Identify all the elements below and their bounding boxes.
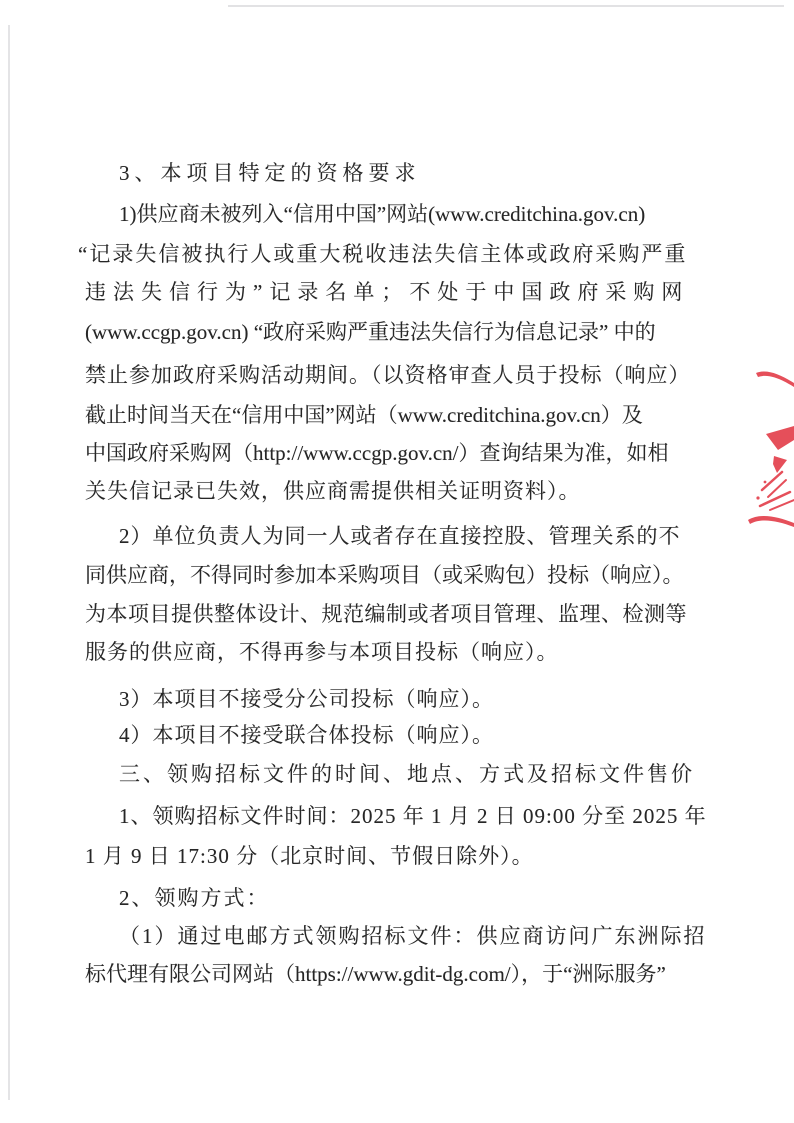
text-line: 禁止参加政府采购活动期间。（以资格审查人员于投标（响应） — [85, 362, 691, 388]
text-line: 3、本项目特定的资格要求 — [119, 160, 421, 186]
red-stamp-fragment-icon — [740, 360, 794, 530]
text-line: 中国政府采购网（http://www.ccgp.gov.cn/）查询结果为准，如… — [85, 440, 669, 466]
document-page: 3、本项目特定的资格要求1)供应商未被列入“信用中国”网站(www.credit… — [0, 0, 794, 1123]
text-line: 1)供应商未被列入“信用中国”网站(www.creditchina.gov.cn… — [119, 201, 645, 227]
text-line: (www.ccgp.gov.cn) “政府采购严重违法失信行为信息记录” 中的 — [85, 319, 656, 345]
text-line: 1 月 9 日 17:30 分（北京时间、节假日除外）。 — [85, 843, 534, 869]
text-layer: 3、本项目特定的资格要求1)供应商未被列入“信用中国”网站(www.credit… — [0, 0, 794, 1123]
text-line: 违法失信行为”记录名单；不处于中国政府采购网 — [85, 279, 689, 305]
text-line: 2、领购方式： — [119, 885, 270, 911]
text-line: 标代理有限公司网站（https://www.gdit-dg.com/），于“洲际… — [85, 961, 666, 987]
text-line: 同供应商，不得同时参加本采购项目（或采购包）投标（响应）。 — [85, 562, 684, 588]
text-line: 截止时间当天在“信用中国”网站（www.creditchina.gov.cn）及 — [85, 402, 643, 428]
text-line: 2）单位负责人为同一人或者存在直接控股、管理关系的不 — [119, 523, 681, 549]
text-line: 三、领购招标文件的时间、地点、方式及招标文件售价 — [119, 761, 695, 787]
text-line: 关失信记录已失效，供应商需提供相关证明资料）。 — [85, 478, 581, 504]
text-line: 服务的供应商，不得再参与本项目投标（响应）。 — [85, 639, 559, 665]
text-line: 3）本项目不接受分公司投标（响应）。 — [119, 686, 494, 712]
text-line: 1、领购招标文件时间：2025 年 1 月 2 日 09:00 分至 2025 … — [119, 803, 707, 829]
text-line: （1）通过电邮方式领购招标文件：供应商访问广东洲际招 — [119, 923, 707, 949]
text-line: 4）本项目不接受联合体投标（响应）。 — [119, 722, 494, 748]
text-line: 为本项目提供整体设计、规范编制或者项目管理、监理、检测等 — [85, 601, 687, 627]
text-line: “记录失信被执行人或重大税收违法失信主体或政府采购严重 — [78, 241, 687, 267]
